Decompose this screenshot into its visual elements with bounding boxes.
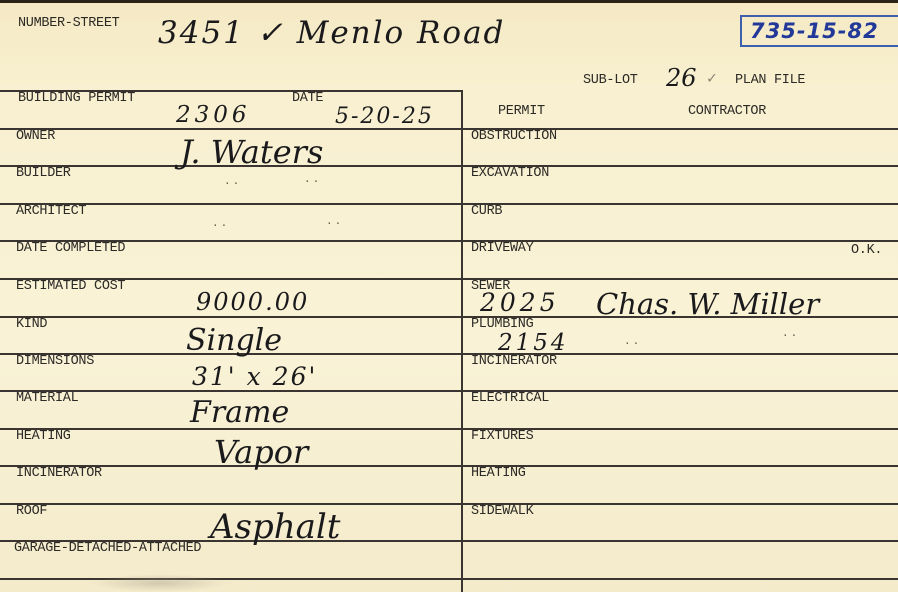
dimensions-value: 31' x 26': [192, 364, 317, 389]
builder-label: BUILDER: [16, 167, 71, 181]
architect-label: ARCHITECT: [16, 205, 86, 219]
driveway-label: DRIVEWAY: [471, 242, 533, 256]
column-divider: [461, 90, 463, 592]
incinerator-permit-label: INCINERATOR: [471, 355, 557, 369]
incinerator-label: INCINERATOR: [16, 467, 102, 481]
permit-index-card: NUMBER-STREET 3451 ✓ Menlo Road 735-15-8…: [0, 0, 898, 592]
checkmark-icon: ✓: [707, 68, 717, 88]
roof-value: Asphalt: [210, 510, 340, 544]
owner-label: OWNER: [16, 130, 55, 144]
rule-line: [0, 203, 898, 205]
file-number-stamp: 735-15-82: [740, 15, 898, 47]
sewer-contractor-value: Chas. W. Miller: [596, 290, 819, 319]
garage-label: GARAGE-DETACHED-ATTACHED: [14, 542, 201, 556]
rule-line: [0, 428, 898, 430]
contractor-column-header: CONTRACTOR: [688, 105, 766, 119]
sewer-permit-value: 2025: [480, 290, 560, 315]
ditto-mark: ..: [782, 328, 799, 340]
dimensions-label: DIMENSIONS: [16, 355, 94, 369]
rule-line: [0, 165, 898, 167]
number-street-label: NUMBER-STREET: [18, 17, 119, 31]
ditto-mark: ..: [304, 174, 321, 186]
sidewalk-label: SIDEWALK: [471, 505, 533, 519]
date-label: DATE: [292, 92, 323, 106]
owner-value: J. Waters: [180, 136, 323, 168]
roof-label: ROOF: [16, 505, 47, 519]
plumbing-permit-value: 2154: [498, 332, 569, 355]
estimated-cost-label: ESTIMATED COST: [16, 280, 125, 294]
rule-line: [0, 128, 898, 130]
heating-permit-label: HEATING: [471, 467, 526, 481]
paper-smudge: [90, 574, 230, 592]
permit-column-header: PERMIT: [498, 105, 545, 119]
building-permit-label: BUILDING PERMIT: [18, 92, 135, 106]
obstruction-label: OBSTRUCTION: [471, 130, 557, 144]
rule-line: [0, 240, 898, 242]
excavation-label: EXCAVATION: [471, 167, 549, 181]
curb-label: CURB: [471, 205, 502, 219]
ditto-mark: ..: [224, 176, 241, 188]
rule-line: [0, 278, 898, 280]
building-permit-value: 2306: [176, 104, 251, 127]
sublot-value: 26: [666, 66, 697, 90]
fixtures-label: FIXTURES: [471, 430, 533, 444]
material-value: Frame: [190, 398, 289, 428]
heating-value: Vapor: [214, 436, 308, 468]
rule-line: [0, 465, 898, 467]
rule-line: [0, 390, 898, 392]
ditto-mark: ..: [212, 218, 229, 230]
plan-file-label: PLAN FILE: [735, 74, 805, 88]
rule-line: [0, 503, 898, 505]
material-label: MATERIAL: [16, 392, 78, 406]
ditto-mark: ..: [624, 336, 641, 348]
heating-label: HEATING: [16, 430, 71, 444]
driveway-status: O.K.: [851, 244, 882, 258]
sublot-label: SUB-LOT: [583, 74, 638, 88]
address-handwritten: 3451 ✓ Menlo Road: [158, 18, 505, 49]
ditto-mark: ..: [326, 216, 343, 228]
rule-line: [0, 353, 898, 355]
date-completed-label: DATE COMPLETED: [16, 242, 125, 256]
kind-label: KIND: [16, 318, 47, 332]
date-value: 5-20-25: [335, 106, 434, 128]
estimated-cost-value: 9000.00: [196, 290, 309, 314]
electrical-label: ELECTRICAL: [471, 392, 549, 406]
kind-value: Single: [186, 326, 282, 356]
